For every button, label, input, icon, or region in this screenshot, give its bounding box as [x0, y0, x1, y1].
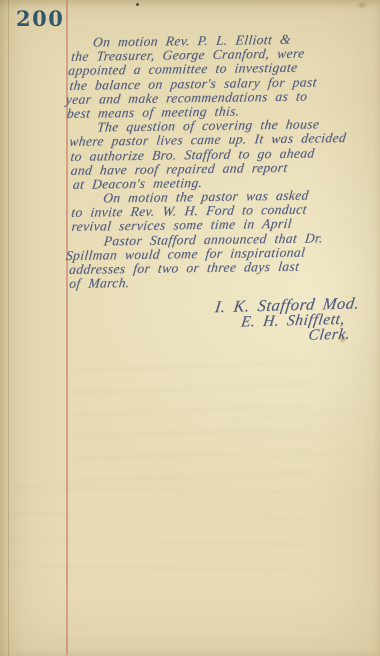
bleedthrough-smudge	[10, 480, 310, 590]
bleedthrough-smudge	[230, 410, 350, 470]
ledger-page: 200 On motion Rev. P. L. Elliott & the T…	[0, 0, 380, 656]
bleedthrough-smudge	[70, 360, 310, 490]
ink-speck	[136, 3, 139, 6]
manuscript-text: On motion Rev. P. L. Elliott & the Treas…	[0, 32, 380, 293]
corner-stain	[355, 2, 369, 8]
signature-block: I. K. Stafford Mod. E. H. Shifflett, Cle…	[159, 294, 360, 346]
manuscript-line: of March.	[69, 273, 380, 292]
page-number: 200	[16, 6, 64, 31]
